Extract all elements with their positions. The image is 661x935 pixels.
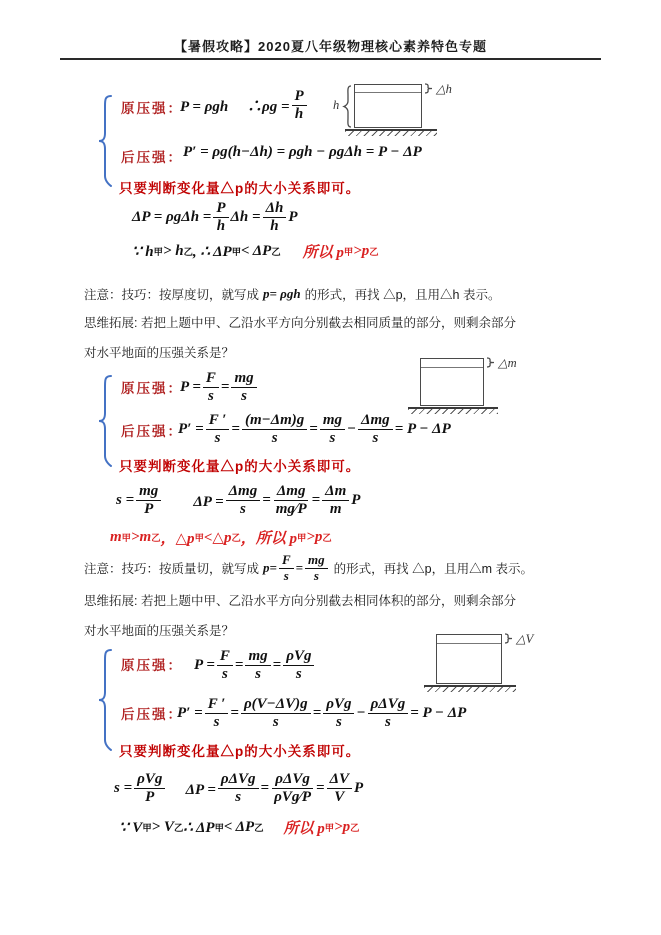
- section3-conclusion-black: ∵ V甲 > V乙 ∴ ΔP甲 < ΔP乙: [119, 818, 264, 837]
- figure3-slice-brace: [504, 633, 513, 644]
- section2-after-label: 后压强：: [121, 420, 183, 440]
- section3-figure: △V: [424, 634, 534, 696]
- section1-original-formula: P = ρgh ∴ρg = Ph: [180, 84, 309, 126]
- figure1-height-brace: [342, 85, 352, 128]
- section3-brace: [97, 648, 113, 752]
- section1-figure: h △h: [333, 84, 453, 140]
- figure3-slice-line: [437, 643, 501, 644]
- section3-after-label: 后压强：: [121, 703, 183, 723]
- section1-conclusion-black: ∵ h甲 > h乙 , ∴ ΔP甲 < ΔP乙: [132, 242, 281, 261]
- section3-judge-text: 只要判断变化量△p的大小关系即可。: [119, 740, 360, 760]
- section3-original-formula: P = Fs = mgs = ρVgs: [194, 643, 316, 687]
- section2-original-formula: P = Fs = mgs: [180, 366, 259, 408]
- extend1-line1: 思维拓展: 若把上题中甲、乙沿水平方向分别截去相同质量的部分，则剩余部分: [84, 308, 516, 338]
- section2-brace: [97, 374, 113, 468]
- figure2-slice-brace: [486, 357, 495, 368]
- figure2-slice-line: [421, 367, 483, 368]
- note2-formula: p= Fs = mgs: [263, 553, 330, 583]
- note1-formula: p= ρgh: [263, 286, 301, 302]
- figure2-block: [420, 358, 484, 406]
- section1-original-label: 原压强：: [121, 97, 183, 117]
- section3-conclusion-red: 所以 p甲>p乙: [284, 817, 360, 838]
- note2-suffix: 的形式，再找 △p，且用△m 表示。: [334, 559, 533, 577]
- figure1-block: [354, 84, 422, 128]
- document-page: 【暑假攻略】2020夏八年级物理核心素养特色专题 原压强： P = ρgh ∴ρ…: [0, 0, 661, 935]
- section2-judge-text: 只要判断变化量△p的大小关系即可。: [119, 455, 360, 475]
- figure1-slice-line: [355, 92, 421, 93]
- note1: 注意：技巧：按厚度切，就写成 p= ρgh 的形式，再找 △p，且用△h 表示。: [84, 279, 500, 309]
- note2-prefix: 注意：技巧：按质量切，就写成: [84, 559, 259, 577]
- section1-after-label: 后压强：: [121, 146, 183, 166]
- figure3-block: [436, 634, 502, 684]
- section3-conclusion-row: ∵ V甲 > V乙 ∴ ΔP甲 < ΔP乙 所以 p甲>p乙: [119, 814, 359, 840]
- figure2-delta-label: △m: [498, 355, 517, 371]
- section1-judge-text: 只要判断变化量△p的大小关系即可。: [119, 177, 360, 197]
- note1-prefix: 注意：技巧：按厚度切，就写成: [84, 285, 259, 303]
- header-divider: [60, 58, 601, 60]
- figure1-slice-brace: [424, 83, 433, 94]
- section2-original-label: 原压强：: [121, 377, 183, 397]
- figure1-height-label: h: [333, 98, 339, 113]
- section2-conclusion-red: m甲>m乙，△p甲<△p乙，所以 p甲>p乙: [110, 525, 332, 549]
- section2-delta-formula: s = mgP ΔP = Δmgs = Δmgmg∕P = ΔmmP: [116, 476, 360, 524]
- section1-delta-formula: ΔP = ρgΔh = PhΔh = ΔhhP: [132, 196, 297, 238]
- section3-delta-formula: s = ρVgP ΔP = ρΔVgs = ρΔVgρVg∕P = ΔVVP: [114, 763, 363, 813]
- figure1-delta-label: △h: [436, 81, 452, 97]
- figure1-ground: [345, 129, 437, 136]
- section3-after-formula: P′ = F ′s = ρ(V−ΔV)gs = ρVgs − ρΔVgs = P…: [177, 690, 466, 736]
- section3-original-label: 原压强：: [121, 654, 183, 674]
- section1-conclusion-red: 所以 p甲>p乙: [303, 241, 379, 262]
- extend2-line1: 思维拓展: 若把上题中甲、乙沿水平方向分别截去相同体积的部分，则剩余部分: [84, 586, 516, 616]
- note2: 注意：技巧：按质量切，就写成 p= Fs = mgs 的形式，再找 △p，且用△…: [84, 549, 533, 587]
- page-title: 【暑假攻略】2020夏八年级物理核心素养特色专题: [0, 36, 661, 55]
- section1-brace: [97, 94, 113, 188]
- note1-suffix: 的形式，再找 △p，且用△h 表示。: [305, 285, 501, 303]
- section1-after-formula: P′ = ρg(h−Δh) = ρgh − ρgΔh = P − ΔP: [183, 140, 422, 164]
- figure3-delta-label: △V: [516, 631, 533, 647]
- section2-after-formula: P′ = F ′s = (m−Δm)gs = mgs − Δmgs = P − …: [178, 406, 451, 452]
- section1-conclusion-row: ∵ h甲 > h乙 , ∴ ΔP甲 < ΔP乙 所以 p甲>p乙: [132, 238, 379, 264]
